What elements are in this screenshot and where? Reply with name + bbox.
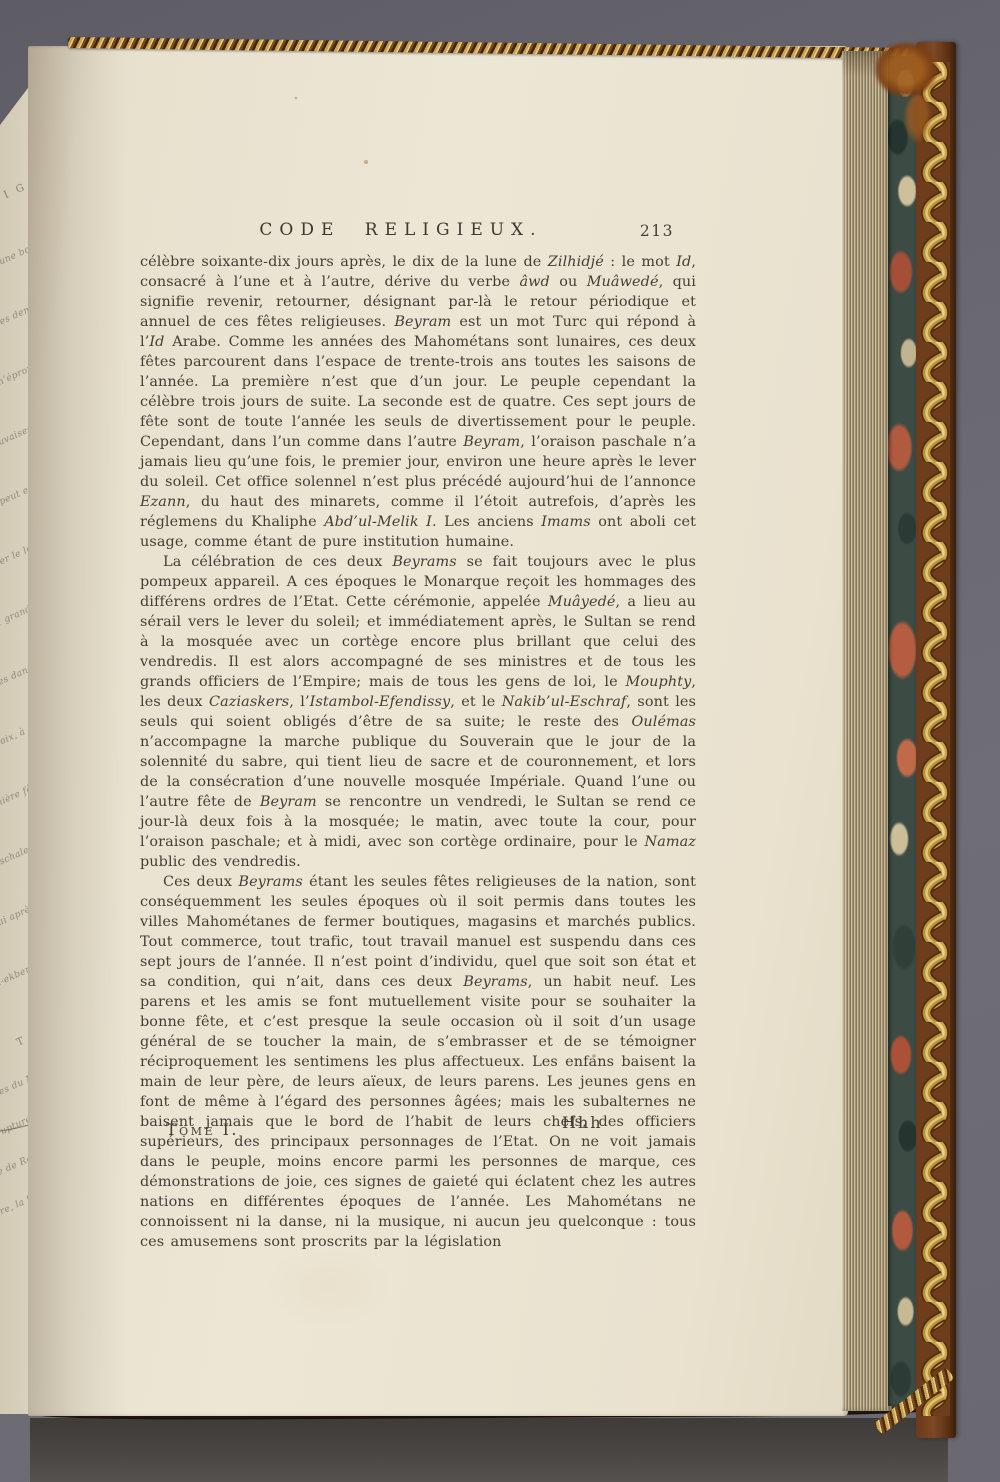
leather-board-edge [916,42,956,1438]
worn-leather-patch [905,95,931,143]
book-cast-shadow [30,1418,948,1482]
paragraph: Ces deux Beyrams étant les seules fêtes … [140,872,696,1252]
photo-of-book-page: { "page": { "header": { "title": "CODE R… [0,0,1000,1482]
fore-edge-page-stack [842,51,892,1411]
gold-rope-tooling [920,62,950,1416]
running-header: CODE RELIGIEUX. 213 [140,220,696,246]
gathering-signature: Hhh [562,1113,603,1132]
paragraph: célèbre soixante-dix jours après, le dix… [140,252,696,552]
text-block: célèbre soixante-dix jours après, le dix… [140,252,696,1252]
page-footer: Tome I. Hhh [140,1116,696,1140]
tome-label: Tome I. [166,1120,239,1139]
paragraph: La célébration de ces deux Beyrams se fa… [140,552,696,872]
page-title: CODE RELIGIEUX. [140,220,696,240]
book-page: CODE RELIGIEUX. 213 célèbre soixante-dix… [28,46,848,1416]
page-number: 213 [640,222,674,240]
